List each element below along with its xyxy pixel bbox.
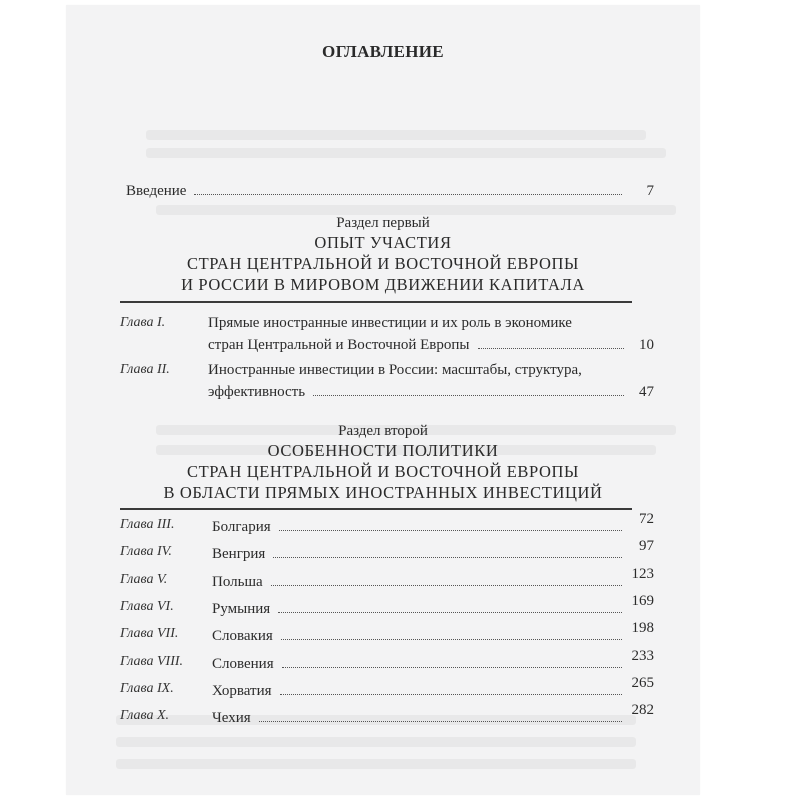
dot-leader [280,694,622,695]
page-number: 47 [614,383,654,401]
dot-leader [281,639,622,640]
entry-title: Словакия [212,627,273,645]
entry-title: Румыния [212,600,270,618]
page-title: ОГЛАВЛЕНИЕ [66,42,700,62]
entry-title: Введение [126,182,186,200]
section-title-line: ОПЫТ УЧАСТИЯ [66,232,700,253]
dot-leader [282,667,622,668]
bleed-through-text [146,148,666,158]
section-title-line: И РОССИИ В МИРОВОМ ДВИЖЕНИИ КАПИТАЛА [66,274,700,295]
chapter-label: Глава IX. [120,680,174,698]
chapter-label: Глава VII. [120,625,178,643]
entry-title-line: эффективность [208,383,305,401]
section-title-line: ОСОБЕННОСТИ ПОЛИТИКИ [66,440,700,461]
section-heading-2: Раздел второй ОСОБЕННОСТИ ПОЛИТИКИ СТРАН… [66,423,700,503]
chapter-label: Глава II. [120,361,170,379]
section-title-line: СТРАН ЦЕНТРАЛЬНОЙ И ВОСТОЧНОЙ ЕВРОПЫ [66,253,700,274]
chapter-label: Глава VI. [120,598,174,616]
bleed-through-text [116,737,636,747]
page-number: 123 [614,565,654,583]
dot-leader [273,557,622,558]
chapter-label: Глава III. [120,516,174,534]
page-number: 282 [614,701,654,719]
page-number: 10 [614,336,654,354]
book-page: ОГЛАВЛЕНИЕ Введение 7 Раздел первый ОПЫТ… [66,5,700,795]
entry-title: Польша [212,573,263,591]
bleed-through-text [146,130,646,140]
chapter-label: Глава V. [120,571,167,589]
dot-leader [279,530,622,531]
dot-leader [271,585,622,586]
entry-title: Болгария [212,518,271,536]
entry-title-line: Иностранные инвестиции в России: масштаб… [208,361,582,379]
chapter-label: Глава I. [120,314,165,332]
page-number: 7 [614,182,654,200]
section-rule [120,508,632,510]
chapter-label: Глава VIII. [120,653,183,671]
chapter-label: Глава IV. [120,543,172,561]
entry-title-line: стран Центральной и Восточной Европы [208,336,470,354]
page-number: 265 [614,674,654,692]
entry-title-line: Прямые иностранные инвестиции и их роль … [208,314,572,332]
section-subtitle: Раздел первый [66,215,700,232]
bleed-through-text [116,759,636,769]
dot-leader [478,348,625,349]
section-subtitle: Раздел второй [66,423,700,440]
entry-title: Словения [212,655,274,673]
section-title-line: СТРАН ЦЕНТРАЛЬНОЙ И ВОСТОЧНОЙ ЕВРОПЫ [66,461,700,482]
entry-title: Венгрия [212,545,265,563]
dot-leader [278,612,622,613]
dot-leader [194,194,622,195]
page-number: 198 [614,619,654,637]
section-rule [120,301,632,303]
entry-title: Хорватия [212,682,272,700]
section-heading-1: Раздел первый ОПЫТ УЧАСТИЯ СТРАН ЦЕНТРАЛ… [66,215,700,295]
page-number: 233 [614,647,654,665]
dot-leader [313,395,624,396]
page-number: 72 [614,510,654,528]
page-number: 169 [614,592,654,610]
entry-title: Чехия [212,709,251,727]
dot-leader [259,721,622,722]
chapter-label: Глава X. [120,707,169,725]
page-number: 97 [614,537,654,555]
section-title-line: В ОБЛАСТИ ПРЯМЫХ ИНОСТРАННЫХ ИНВЕСТИЦИЙ [66,482,700,503]
bleed-through-text [156,205,676,215]
